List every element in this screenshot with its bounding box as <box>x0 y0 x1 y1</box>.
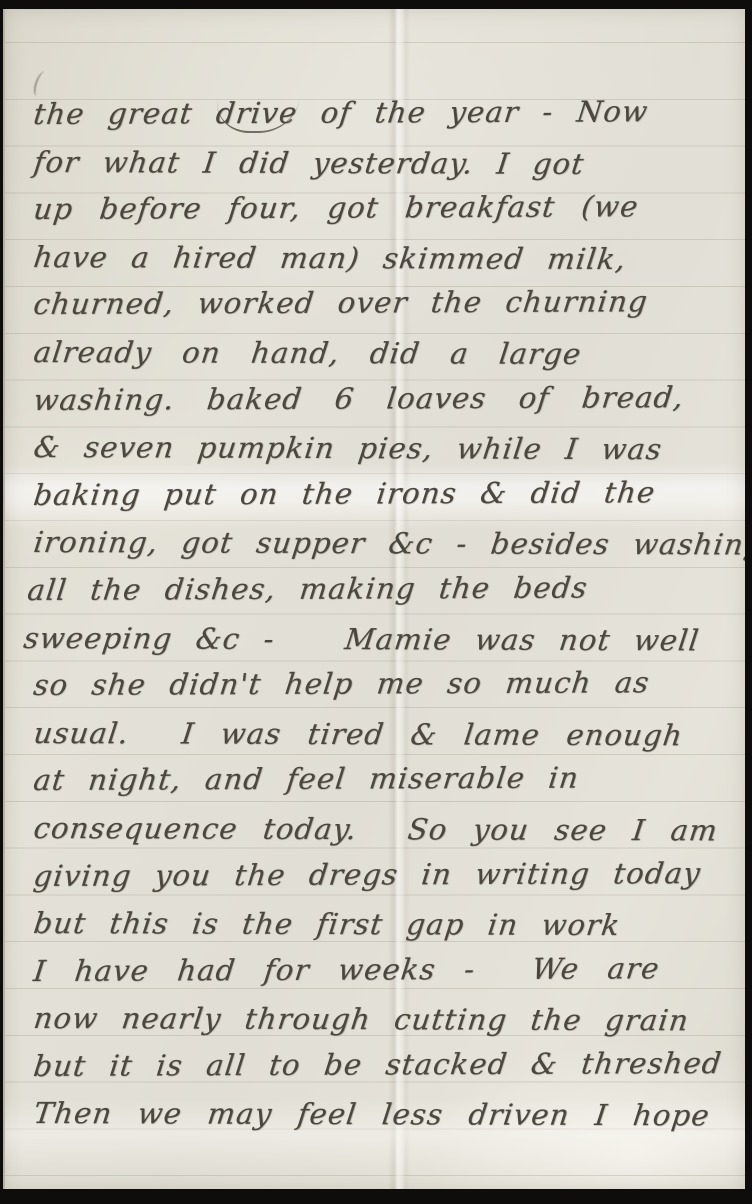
letter-line: washing. baked 6 loaves of bread, <box>31 371 745 422</box>
letter-line: but it is all to be stacked & threshed <box>31 1038 745 1089</box>
letter-line: ironing, got supper &c - besides washing <box>31 517 745 567</box>
letter-line: baking put on the irons & did the <box>31 467 745 518</box>
letter-line: consequence today. So you see I am <box>31 803 745 853</box>
letter-line: up before four, got breakfast (we <box>31 181 745 232</box>
line-text: of the year - Now <box>296 94 651 130</box>
letter-line: so she didn't help me so much as <box>31 657 745 708</box>
letter-line: Then we may feel less driven I hope <box>31 1088 745 1138</box>
letter-line: but this is the first gap in work <box>31 898 745 948</box>
letter-line: have a hired man) skimmed milk, <box>31 232 745 282</box>
letter-line: all the dishes, making the beds <box>25 562 745 613</box>
letter-line: now nearly through cutting the grain <box>31 993 745 1043</box>
letter-line: churned, worked over the churning <box>31 276 745 327</box>
letter-line: usual. I was tired & lame enough <box>31 708 745 758</box>
letter-body: the great drive of the year - Now for wh… <box>31 89 745 1136</box>
letter-line: at night, and feel miserable in <box>31 752 745 803</box>
letter-line: already on hand, did a large <box>31 327 745 377</box>
letter-line: the great drive of the year - Now <box>31 86 745 137</box>
letter-line: sweeping &c - Mamie was not well <box>21 613 745 663</box>
letter-line: & seven pumpkin pies, while I was <box>31 422 745 472</box>
letter-line: I have had for weeks - We are <box>31 943 745 994</box>
underlined-word: drive <box>214 96 300 133</box>
scanned-letter-page: the great drive of the year - Now for wh… <box>0 0 752 1204</box>
line-text: the great <box>32 96 219 131</box>
letter-line: giving you the dregs in writing today <box>31 847 745 898</box>
letter-paper: the great drive of the year - Now for wh… <box>3 9 745 1189</box>
letter-line: for what I did yesterday. I got <box>31 137 745 187</box>
